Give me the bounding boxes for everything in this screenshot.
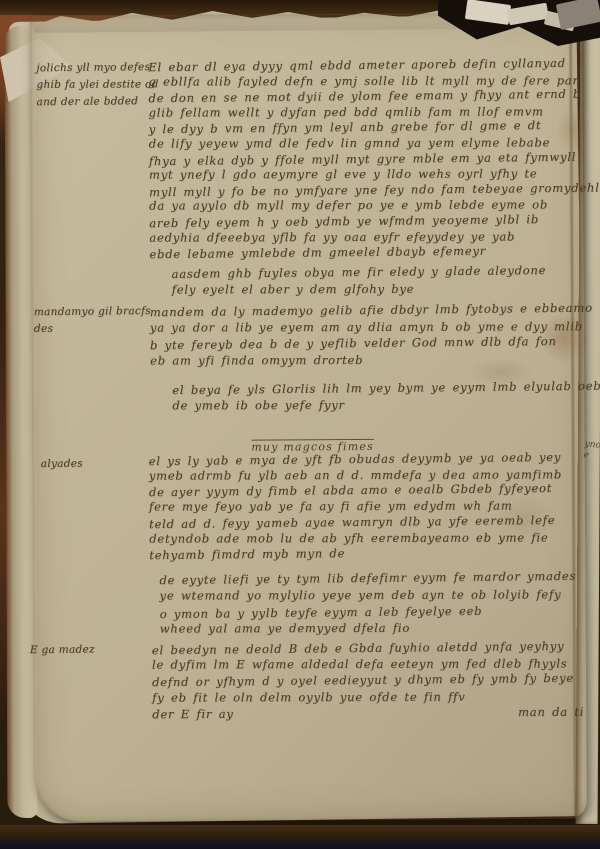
handwritten-line: mandamyo gil bracfs — [34, 303, 151, 321]
margin-note-2: mandamyo gil bracfsdes — [34, 303, 151, 338]
adjacent-page-marginalia: ynoe — [583, 439, 600, 463]
margin-note-4: E ga madez — [30, 642, 95, 659]
handwritten-line: e — [583, 450, 600, 463]
handwritten-line: E ga madez — [30, 641, 95, 659]
text-block-3: el beya fe yls Glorlis lih lm yey bym ye… — [172, 378, 600, 415]
handwritten-line: wheed yal ama ye demyyed dfela fio — [160, 620, 577, 638]
manuscript-photo: jolichs yll myo defesghib fa ylei destit… — [0, 0, 600, 849]
handwritten-line: jolichs yll myo defes — [36, 59, 158, 77]
cover-bottom-edge — [0, 825, 600, 849]
text-block-1b: aasdem ghb fuyles obya me fir eledy y gl… — [172, 263, 547, 299]
handwritten-line: alyades — [41, 456, 83, 473]
mandati-word: man da ti — [518, 705, 584, 719]
text-block-2: mandem da ly mademyo gelib afie dbdyr lm… — [150, 301, 593, 370]
margin-note-3: alyades — [41, 456, 83, 473]
handwritten-line: fely eyelt el aber y dem glfohy bye — [172, 280, 547, 298]
text-block-5: de eyyte liefi ye ty tym lib defefimr ey… — [159, 569, 576, 639]
handwritten-line: and der ale bdded — [36, 93, 158, 111]
handwritten-line: tehyamb fimdrd myb myn de — [149, 544, 562, 564]
text-block-6: el beedyn ne deold B deb e Gbda fuyhio a… — [152, 639, 574, 706]
handwritten-line: de ymeb ib obe yefe fyyr — [172, 396, 600, 414]
handwritten-line: des — [34, 320, 151, 337]
handwritten-line: eb am yfi finda omyym drorteb — [150, 351, 593, 369]
handwritten-line: fy eb fit le oln delm oyylb yue ofde te … — [152, 688, 574, 705]
manuscript-page: jolichs yll myo defesghib fa ylei destit… — [30, 13, 587, 822]
text-block-4: el ys ly yab e mya de yft fb obudas deyy… — [149, 451, 563, 563]
handwritten-line: ghib fa ylei destite od — [36, 76, 158, 93]
handwritten-line: ebde lebame ymlebde dm gmeelel dbayb efe… — [149, 243, 579, 263]
margin-note-1: jolichs yll myo defesghib fa ylei destit… — [36, 59, 159, 111]
closing-phrase: der E fir ay — [152, 707, 234, 721]
text-block-6-last-line: der E fir ay man da ti — [152, 705, 584, 722]
text-block-1: El ebar dl eya dyyy qml ebdd ameter apor… — [148, 57, 579, 262]
